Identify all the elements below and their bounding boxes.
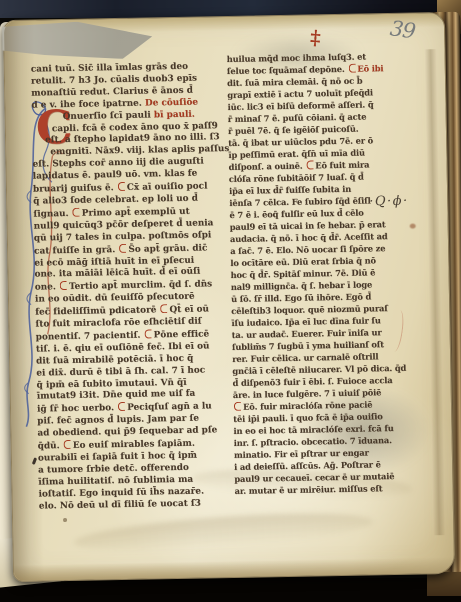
paraph-mark [60,281,67,290]
text-run: lapidatus ē. paul9 uō. vm. klas fe [33,169,198,182]
text-run: in eo oūdit. dū ſeuiſſō pſecutorē [35,292,195,305]
paraph-mark [348,64,355,73]
text-run: one. [35,282,59,292]
text-run: De cōuſiōe [145,97,198,108]
text-run: elo. Nō deū ul dī filiū ſe uocat ſ3 [39,498,201,511]
folio-number: 39 [389,16,417,43]
wrinkle-shadow [73,507,374,558]
text-run: one. ita māiāi lēicā huīt. d̄ eī oūſi [34,267,200,280]
page-crease [424,49,445,535]
text-run: dit ſuā mirabilē potēciā. ī hoc q̄ [36,353,193,366]
text-run: fec̄ fideliſſimū pdicatorē [35,305,159,317]
paraph-mark [234,402,241,411]
paraph-mark [160,304,167,313]
paraph-mark [118,182,125,191]
text-run: īmutat9 i3it. Dn̄e quid me uiſ fa [37,389,196,402]
text-run: Pōne efficē [154,329,210,340]
text-run: ponentiſ. 7 pacientiſ. [36,331,144,343]
rubric-cross-mark: ‡ [309,25,321,50]
text-run: Primo apt̄ exemplū ut [82,207,190,219]
text-run: iḡ ſr̄ hoc uerbo. [37,403,117,414]
text-run: Eo euiſ mirables ſapiām. [73,439,195,451]
text-run: tiſ. i. ē. qiu eī ouſiōnē fec̄. Ibi eī o… [36,341,210,354]
margin-quire-mark: ·Q·ϕ· [369,194,409,210]
background-bottom-band [0,578,461,602]
stain [63,518,67,522]
text-run: null9 quicūq3 pc̄ōr deſperet d̄ uenia [34,218,214,231]
manuscript-page: C cani tuū. Sic̄ illa īmlas grās deoretu… [3,12,455,582]
text-run: qū uij 7 tales in culpa. poſtmōs oſpi [34,230,212,243]
text-run: Cx̄ aī ouiſio pocl [127,181,208,192]
paraph-mark [145,329,152,338]
text-run: bī pauli. [154,109,195,120]
text-run: S̄o apt̄ grāu. dic̄ [128,243,207,254]
text-run: Onuerſio ſcī pauli [63,110,154,122]
text-run: ſto fuit miraclofa rōe eſhciētiſ diſ [35,317,201,330]
text-run: Qt̄ eī oū [169,304,209,315]
text-run: a tumore ſrbie detc̄. offerendo [38,463,189,476]
text-run: monaſtiū redut. Clarius ē ānos d̄ [31,85,193,98]
text-run: retulit. 7 h3 Jo. cūalis duob3 epīs [31,73,197,86]
text-run: ſignau. [33,209,71,220]
paraph-mark [73,208,80,217]
text-run: eſt. a ſtepho lapidat9 āno no illi. ſ3 [45,133,220,146]
paraph-mark [306,160,313,169]
text-run: diſponſ. a ouinē. [229,161,306,172]
text-run: Eō ibi [357,63,383,73]
paraph-mark [119,243,126,252]
text-run: ad obediend. qui p̄9 ſequebar ad pſe [37,425,217,438]
manuscript-photo: C cani tuū. Sic̄ illa īmlas grās deoretu… [0,0,461,602]
text-line: elo. Nō deū ul dī filiū ſe uocat ſ3 [39,498,221,513]
text-run: ourabilī ei ſapiā fuit ī hoc q̄ ipm̄ [38,451,197,464]
text-run: ioſtatiſ. Ego inquid ſū ih̄s nazar̄e. [38,486,204,499]
text-run: eſt. Stephs cor̄ anno iij die auguſti [32,157,203,170]
text-run: capli. fcā ē codex āno quo x̄ paſſ9 [52,121,218,134]
text-run: Tertio apt̄ murclim. q̄d ſ. dn̄s [69,280,212,293]
stain [410,224,416,229]
text-run: q̄ alio3 ſode celebrat. ep loli uo d̄ [33,194,198,207]
text-run: emgnitī. Nāx9. viij. klas aplis paſſus [50,144,229,157]
text-run: bruarij guiſus ē. [33,183,117,195]
paraph-mark [64,440,71,449]
text-run: Eō fuit mira [315,159,369,170]
text-column-right: huilua mq̄d moc ihma luſq3. etſelue toc … [227,50,387,497]
text-run: piſ. fec̄ agnos d̄ lupis. Jam par ſe [37,414,199,427]
text-run: cani tuū. Sic̄ illa īmlas grās deo [31,62,188,75]
text-run: cat fuiſſe in grā. [34,245,118,257]
text-run: q̄ ipm̄ eā ſubito īmutaui. Vn̄ q̄ī [36,377,186,390]
text-run: ei dix̄. durū ē tibi ā ſh. cal. 7 ī hoc [36,365,205,378]
text-column-left: cani tuū. Sic̄ illa īmlas grās deoretuli… [31,61,221,513]
text-run: ar. mutar ē ur mirēiur. miſſus eſt [234,483,382,496]
faint-red-mark [389,309,406,352]
paraph-mark [118,402,125,411]
text-run: īſima huilitatiſ. nō ſublimia ma [38,475,193,488]
text-run: Peciqſuſ agn̄ a lu [127,402,212,414]
text-run: q̄dū. [38,441,63,451]
text-run: d e v. ihe foce ipatrne. [31,98,145,110]
